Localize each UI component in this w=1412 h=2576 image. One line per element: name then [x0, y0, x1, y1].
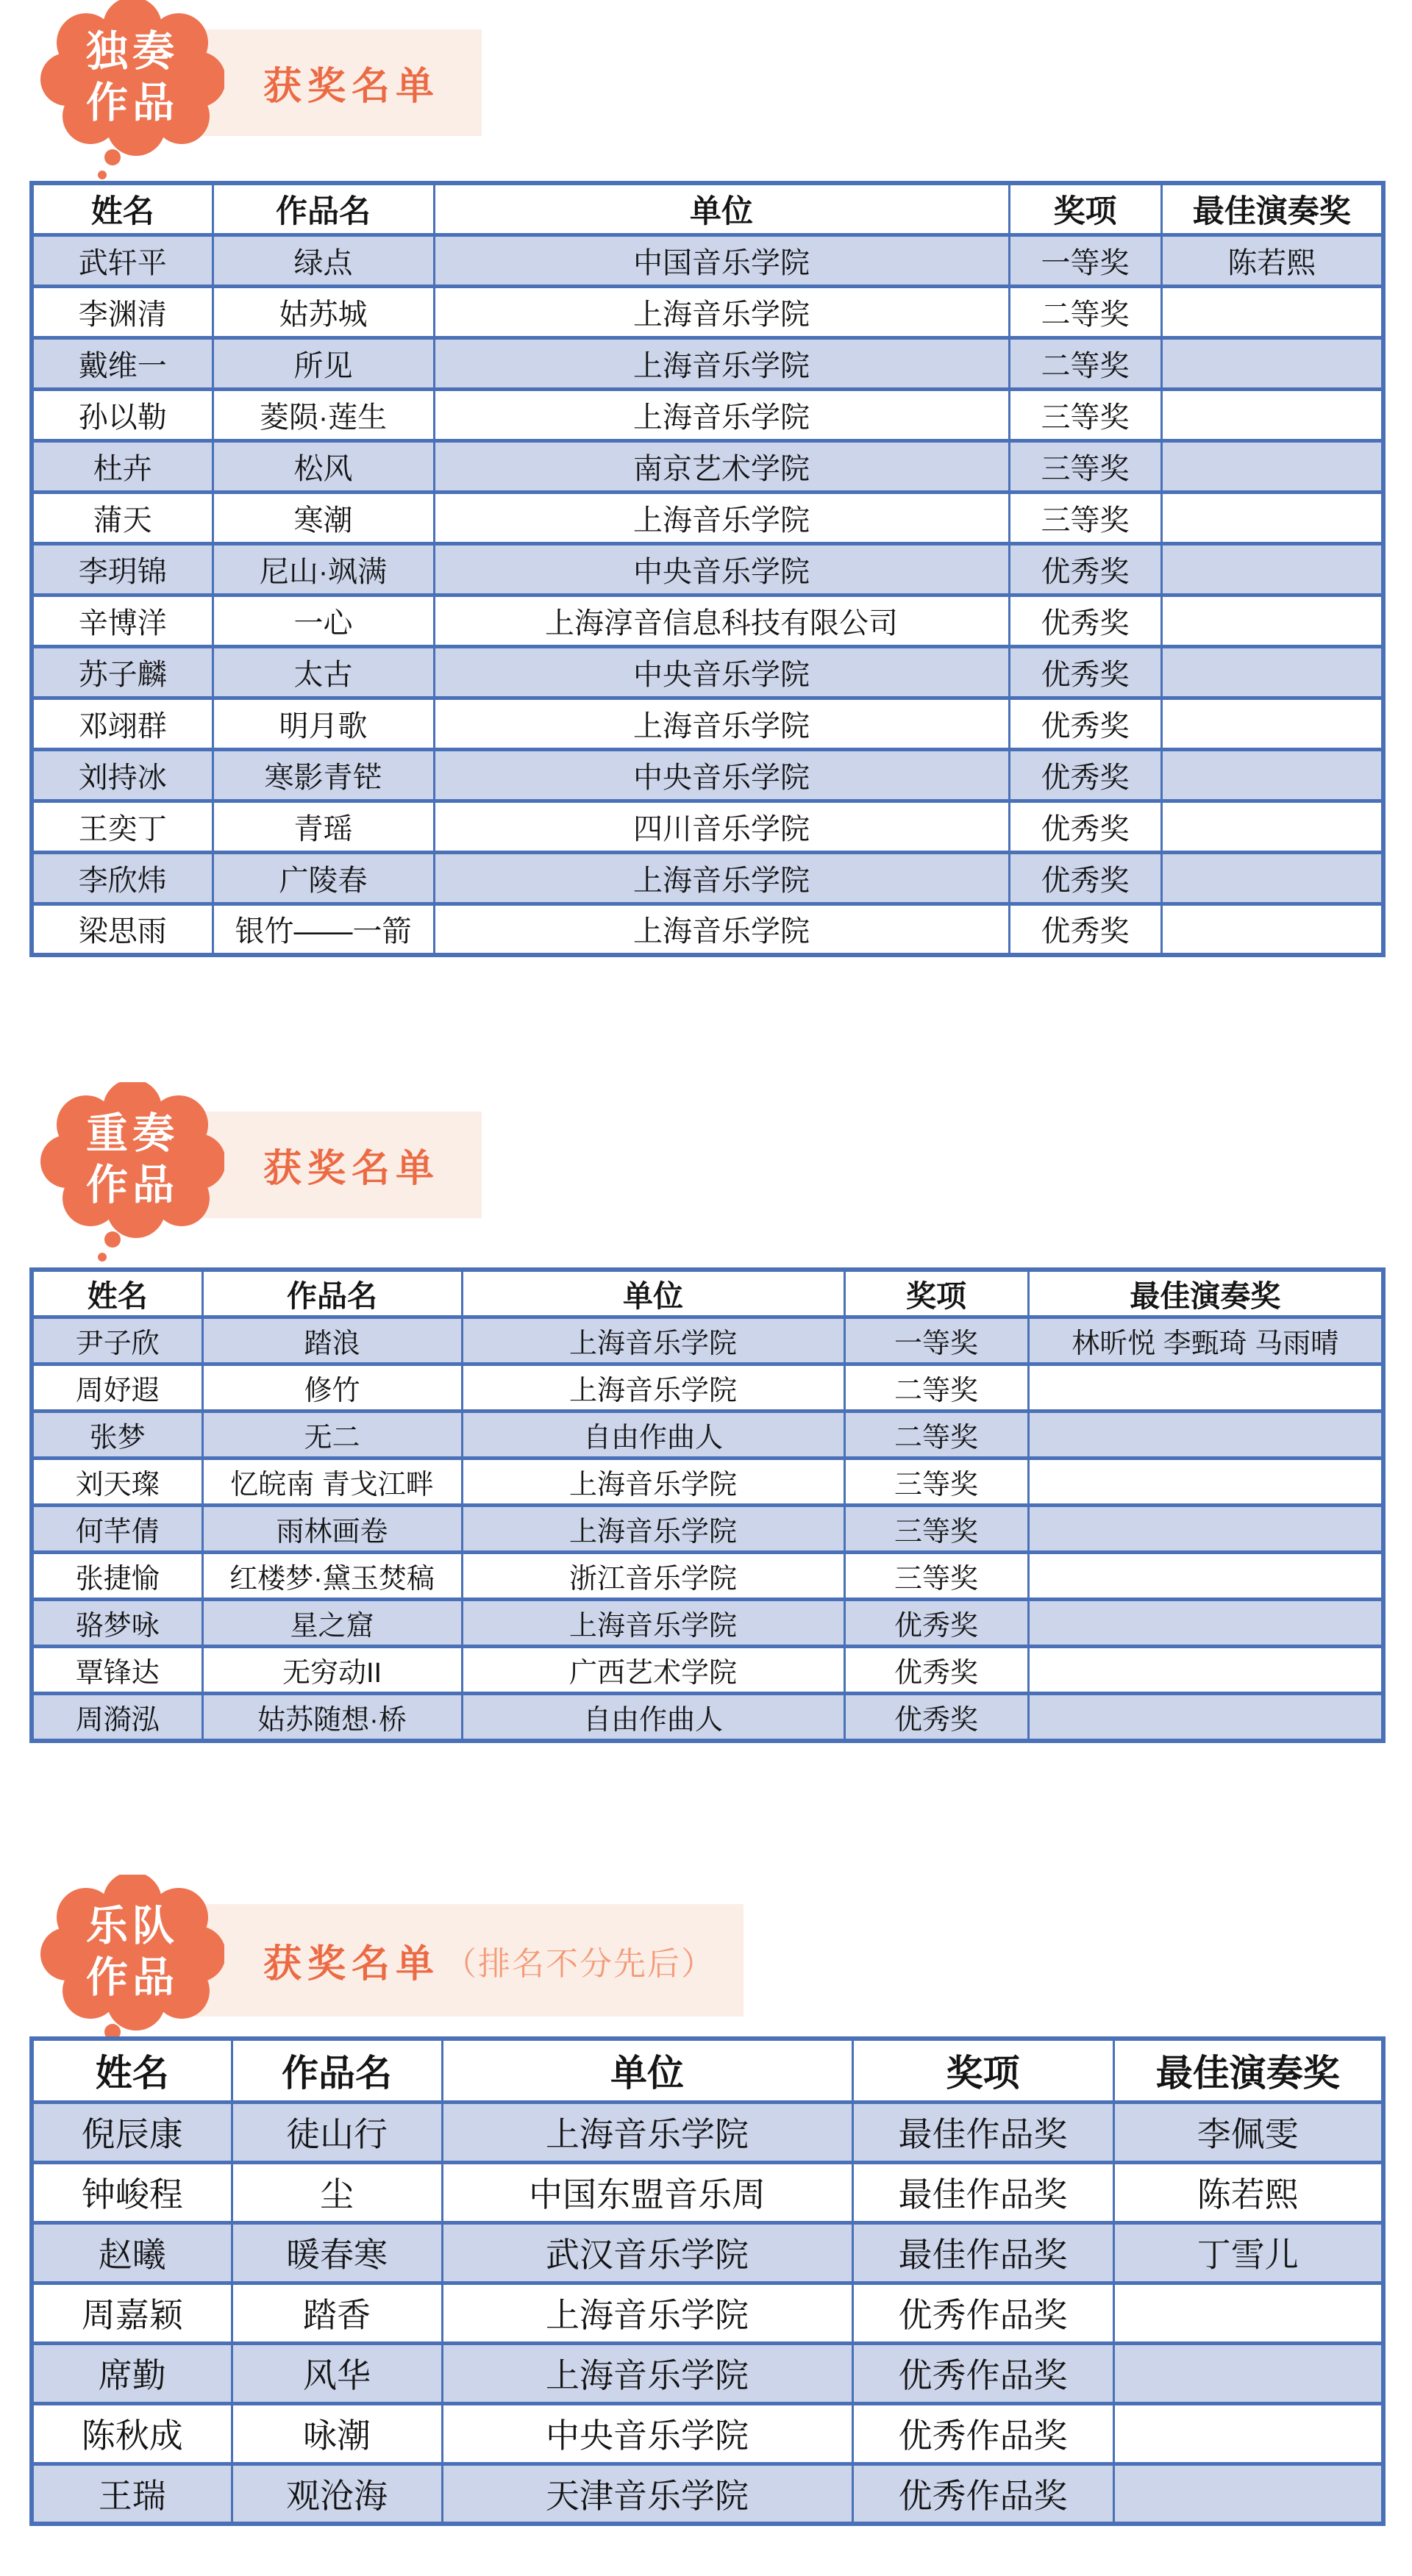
cell: 三等奖	[1009, 389, 1161, 440]
column-header: 姓名	[32, 1270, 202, 1317]
banner-ensemble: 获奖名单	[193, 1112, 482, 1218]
cell	[1161, 749, 1383, 801]
column-header: 最佳演奏奖	[1161, 183, 1383, 235]
table-row: 周漪泓姑苏随想·桥自由作曲人优秀奖	[32, 1694, 1383, 1741]
cell	[1113, 2403, 1383, 2464]
bubble-line2: 作品	[40, 1160, 224, 1212]
cell: 天津音乐学院	[442, 2464, 852, 2524]
cell: 王奕丁	[32, 801, 213, 852]
cell: 中央音乐学院	[434, 646, 1009, 698]
cell: 尹子欣	[32, 1317, 202, 1364]
cell: 无穷动II	[202, 1647, 462, 1694]
ensemble-awards-table: 姓名作品名单位奖项最佳演奏奖尹子欣踏浪上海音乐学院一等奖林昕悦 李甄琦 马雨晴周…	[29, 1267, 1386, 1743]
cell: 优秀奖	[1009, 749, 1161, 801]
cell: 四川音乐学院	[434, 801, 1009, 852]
cell: 银竹——一箭	[213, 904, 434, 955]
cell: 绿点	[213, 235, 434, 286]
cell: 三等奖	[1009, 492, 1161, 543]
cell: 周嘉颖	[32, 2283, 232, 2343]
bubble-label: 独奏 作品	[40, 26, 224, 129]
cell: 骆梦咏	[32, 1600, 202, 1647]
cell: 三等奖	[844, 1459, 1028, 1506]
cell: 上海音乐学院	[434, 852, 1009, 904]
cell	[1161, 904, 1383, 955]
cell: 一等奖	[1009, 235, 1161, 286]
table-row: 苏子麟太古中央音乐学院优秀奖	[32, 646, 1383, 698]
cell	[1028, 1506, 1383, 1553]
table-row: 赵曦暖春寒武汉音乐学院最佳作品奖丁雪儿	[32, 2222, 1383, 2283]
ensemble-bubble: 重奏 作品	[40, 1082, 224, 1266]
cell	[1161, 337, 1383, 389]
cell: 南京艺术学院	[434, 440, 1009, 492]
cell: 二等奖	[844, 1412, 1028, 1459]
cell	[1028, 1647, 1383, 1694]
cell: 徒山行	[232, 2102, 442, 2162]
section-header-solo: 获奖名单 独奏 作品	[0, 0, 1412, 184]
cell: 戴维一	[32, 337, 213, 389]
cell: 席勤	[32, 2343, 232, 2403]
cell: 咏潮	[232, 2403, 442, 2464]
cell: 钟峻程	[32, 2162, 232, 2222]
cell: 菱陨·莲生	[213, 389, 434, 440]
cell	[1161, 440, 1383, 492]
cell: 李欣炜	[32, 852, 213, 904]
cell: 上海音乐学院	[442, 2102, 852, 2162]
orchestra-awards-table: 姓名作品名单位奖项最佳演奏奖倪辰康徒山行上海音乐学院最佳作品奖李佩雯钟峻程尘中国…	[29, 2036, 1386, 2526]
cell: 青瑶	[213, 801, 434, 852]
cell: 踏浪	[202, 1317, 462, 1364]
cell: 二等奖	[1009, 337, 1161, 389]
banner-title: 获奖名单	[263, 1933, 440, 1988]
banner-title: 获奖名单	[263, 1137, 440, 1192]
cell: 优秀作品奖	[852, 2464, 1113, 2524]
table-row: 梁思雨银竹——一箭上海音乐学院优秀奖	[32, 904, 1383, 955]
cell: 陈若熙	[1113, 2162, 1383, 2222]
cell: 尘	[232, 2162, 442, 2222]
cell: 最佳作品奖	[852, 2162, 1113, 2222]
cell: 一心	[213, 595, 434, 646]
table-header-row: 姓名作品名单位奖项最佳演奏奖	[32, 1270, 1383, 1317]
cell: 雨林画卷	[202, 1506, 462, 1553]
cell: 梁思雨	[32, 904, 213, 955]
table-row: 张梦无二自由作曲人二等奖	[32, 1412, 1383, 1459]
cell: 星之窟	[202, 1600, 462, 1647]
cell: 浙江音乐学院	[462, 1553, 844, 1600]
table-row: 覃锋达无穷动II广西艺术学院优秀奖	[32, 1647, 1383, 1694]
table-row: 邓翊群明月歌上海音乐学院优秀奖	[32, 698, 1383, 749]
cell	[1161, 646, 1383, 698]
cell: 武轩平	[32, 235, 213, 286]
table-row: 武轩平绿点中国音乐学院一等奖陈若熙	[32, 235, 1383, 286]
cell: 杜卉	[32, 440, 213, 492]
cell: 张捷愉	[32, 1553, 202, 1600]
cell: 踏香	[232, 2283, 442, 2343]
cell	[1161, 852, 1383, 904]
column-header: 最佳演奏奖	[1113, 2039, 1383, 2102]
cell: 优秀奖	[1009, 904, 1161, 955]
cell: 优秀奖	[844, 1600, 1028, 1647]
table-row: 尹子欣踏浪上海音乐学院一等奖林昕悦 李甄琦 马雨晴	[32, 1317, 1383, 1364]
cell: 姑苏城	[213, 286, 434, 337]
cell	[1113, 2283, 1383, 2343]
column-header: 姓名	[32, 183, 213, 235]
table-row: 蒲天寒潮上海音乐学院三等奖	[32, 492, 1383, 543]
table-row: 骆梦咏星之窟上海音乐学院优秀奖	[32, 1600, 1383, 1647]
cell: 优秀作品奖	[852, 2283, 1113, 2343]
cell: 寒潮	[213, 492, 434, 543]
cell	[1028, 1459, 1383, 1506]
orchestra-bubble: 乐队 作品	[40, 1875, 224, 2058]
cell: 李渊清	[32, 286, 213, 337]
column-header: 奖项	[1009, 183, 1161, 235]
cell	[1161, 286, 1383, 337]
cell: 中央音乐学院	[434, 543, 1009, 595]
table-row: 杜卉松风南京艺术学院三等奖	[32, 440, 1383, 492]
cell: 忆皖南 青戈江畔	[202, 1459, 462, 1506]
cell	[1028, 1600, 1383, 1647]
table-row: 倪辰康徒山行上海音乐学院最佳作品奖李佩雯	[32, 2102, 1383, 2162]
cell: 上海音乐学院	[462, 1364, 844, 1412]
cell: 修竹	[202, 1364, 462, 1412]
cell: 上海音乐学院	[462, 1600, 844, 1647]
table-row: 周妤遐修竹上海音乐学院二等奖	[32, 1364, 1383, 1412]
cell: 风华	[232, 2343, 442, 2403]
cell: 三等奖	[844, 1506, 1028, 1553]
cell: 覃锋达	[32, 1647, 202, 1694]
column-header: 单位	[442, 2039, 852, 2102]
column-header: 单位	[462, 1270, 844, 1317]
cell: 王瑞	[32, 2464, 232, 2524]
banner-solo: 获奖名单	[193, 29, 482, 136]
cell: 陈若熙	[1161, 235, 1383, 286]
cell	[1161, 389, 1383, 440]
cell: 刘天璨	[32, 1459, 202, 1506]
cell	[1161, 801, 1383, 852]
cell: 李佩雯	[1113, 2102, 1383, 2162]
column-header: 奖项	[844, 1270, 1028, 1317]
table-row: 周嘉颖踏香上海音乐学院优秀作品奖	[32, 2283, 1383, 2343]
cell: 三等奖	[1009, 440, 1161, 492]
cell: 上海音乐学院	[462, 1317, 844, 1364]
cell: 优秀奖	[1009, 543, 1161, 595]
bubble-line1: 重奏	[40, 1109, 224, 1160]
cell: 中国东盟音乐周	[442, 2162, 852, 2222]
cell: 上海音乐学院	[434, 698, 1009, 749]
cell: 暖春寒	[232, 2222, 442, 2283]
cell: 广西艺术学院	[462, 1647, 844, 1694]
solo-bubble: 独奏 作品	[40, 0, 224, 184]
bubble-label: 重奏 作品	[40, 1109, 224, 1211]
banner-note: （排名不分先后）	[444, 1937, 715, 1984]
section-header-orchestra: 获奖名单 （排名不分先后） 乐队 作品	[0, 1875, 1412, 2058]
cell: 自由作曲人	[462, 1412, 844, 1459]
cell: 优秀奖	[844, 1694, 1028, 1741]
table-row: 钟峻程尘中国东盟音乐周最佳作品奖陈若熙	[32, 2162, 1383, 2222]
table-header-row: 姓名作品名单位奖项最佳演奏奖	[32, 183, 1383, 235]
cell: 上海音乐学院	[434, 389, 1009, 440]
cell: 上海音乐学院	[434, 492, 1009, 543]
cell: 林昕悦 李甄琦 马雨晴	[1028, 1317, 1383, 1364]
column-header: 单位	[434, 183, 1009, 235]
table-row: 陈秋成咏潮中央音乐学院优秀作品奖	[32, 2403, 1383, 2464]
cell	[1028, 1694, 1383, 1741]
cell	[1161, 595, 1383, 646]
cell	[1161, 543, 1383, 595]
cell: 周漪泓	[32, 1694, 202, 1741]
cell: 邓翊群	[32, 698, 213, 749]
cell: 周妤遐	[32, 1364, 202, 1412]
cell: 姑苏随想·桥	[202, 1694, 462, 1741]
column-header: 作品名	[213, 183, 434, 235]
cell	[1028, 1412, 1383, 1459]
cell: 明月歌	[213, 698, 434, 749]
banner-title: 获奖名单	[263, 55, 440, 110]
cell: 广陵春	[213, 852, 434, 904]
table-row: 李渊清姑苏城上海音乐学院二等奖	[32, 286, 1383, 337]
cell	[1028, 1553, 1383, 1600]
page: 获奖名单 独奏 作品	[0, 0, 1412, 2576]
cell: 观沧海	[232, 2464, 442, 2524]
cell	[1113, 2343, 1383, 2403]
column-header: 奖项	[852, 2039, 1113, 2102]
cell: 刘持冰	[32, 749, 213, 801]
cell: 辛博洋	[32, 595, 213, 646]
cell: 优秀奖	[1009, 595, 1161, 646]
table-row: 李玥锦尼山·飒满中央音乐学院优秀奖	[32, 543, 1383, 595]
cell: 孙以勒	[32, 389, 213, 440]
cell: 上海音乐学院	[434, 337, 1009, 389]
cell: 二等奖	[1009, 286, 1161, 337]
cell: 无二	[202, 1412, 462, 1459]
cell: 红楼梦·黛玉焚稿	[202, 1553, 462, 1600]
banner-orchestra: 获奖名单 （排名不分先后）	[193, 1904, 744, 2017]
table-row: 何芊倩雨林画卷上海音乐学院三等奖	[32, 1506, 1383, 1553]
cell: 太古	[213, 646, 434, 698]
cell: 自由作曲人	[462, 1694, 844, 1741]
solo-awards-table: 姓名作品名单位奖项最佳演奏奖武轩平绿点中国音乐学院一等奖陈若熙李渊清姑苏城上海音…	[29, 181, 1386, 957]
bubble-line1: 乐队	[40, 1901, 224, 1953]
table-row: 刘持冰寒影青铓中央音乐学院优秀奖	[32, 749, 1383, 801]
table-row: 王瑞观沧海天津音乐学院优秀作品奖	[32, 2464, 1383, 2524]
table-row: 王奕丁青瑶四川音乐学院优秀奖	[32, 801, 1383, 852]
cell: 优秀奖	[1009, 801, 1161, 852]
cell: 优秀作品奖	[852, 2403, 1113, 2464]
cell: 上海音乐学院	[442, 2283, 852, 2343]
table-row: 刘天璨忆皖南 青戈江畔上海音乐学院三等奖	[32, 1459, 1383, 1506]
cell	[1161, 492, 1383, 543]
cell: 一等奖	[844, 1317, 1028, 1364]
cell: 松风	[213, 440, 434, 492]
cell: 尼山·飒满	[213, 543, 434, 595]
cell: 武汉音乐学院	[442, 2222, 852, 2283]
cell: 苏子麟	[32, 646, 213, 698]
cell: 上海音乐学院	[434, 286, 1009, 337]
cell: 优秀奖	[1009, 698, 1161, 749]
cell: 倪辰康	[32, 2102, 232, 2162]
cell: 三等奖	[844, 1553, 1028, 1600]
cell: 上海音乐学院	[434, 904, 1009, 955]
cell: 优秀奖	[1009, 646, 1161, 698]
cell	[1028, 1364, 1383, 1412]
table-row: 戴维一所见上海音乐学院二等奖	[32, 337, 1383, 389]
cell: 李玥锦	[32, 543, 213, 595]
bubble-line2: 作品	[40, 78, 224, 129]
cell: 优秀奖	[1009, 852, 1161, 904]
cell: 张梦	[32, 1412, 202, 1459]
cell: 中国音乐学院	[434, 235, 1009, 286]
cell: 何芊倩	[32, 1506, 202, 1553]
cell: 上海淳音信息科技有限公司	[434, 595, 1009, 646]
table-row: 张捷愉红楼梦·黛玉焚稿浙江音乐学院三等奖	[32, 1553, 1383, 1600]
table-header-row: 姓名作品名单位奖项最佳演奏奖	[32, 2039, 1383, 2102]
cell: 上海音乐学院	[462, 1506, 844, 1553]
cell: 中央音乐学院	[434, 749, 1009, 801]
cell: 上海音乐学院	[442, 2343, 852, 2403]
cell: 赵曦	[32, 2222, 232, 2283]
cell: 中央音乐学院	[442, 2403, 852, 2464]
column-header: 姓名	[32, 2039, 232, 2102]
table-row: 辛博洋一心上海淳音信息科技有限公司优秀奖	[32, 595, 1383, 646]
bubble-label: 乐队 作品	[40, 1901, 224, 2003]
table-row: 席勤风华上海音乐学院优秀作品奖	[32, 2343, 1383, 2403]
table-row: 李欣炜广陵春上海音乐学院优秀奖	[32, 852, 1383, 904]
section-header-ensemble: 获奖名单 重奏 作品	[0, 1082, 1412, 1266]
cell: 所见	[213, 337, 434, 389]
bubble-line2: 作品	[40, 1953, 224, 2004]
cell: 优秀奖	[844, 1647, 1028, 1694]
bubble-line1: 独奏	[40, 26, 224, 78]
cell: 陈秋成	[32, 2403, 232, 2464]
cell: 蒲天	[32, 492, 213, 543]
cell: 丁雪儿	[1113, 2222, 1383, 2283]
cell: 最佳作品奖	[852, 2222, 1113, 2283]
column-header: 作品名	[232, 2039, 442, 2102]
column-header: 最佳演奏奖	[1028, 1270, 1383, 1317]
table-row: 孙以勒菱陨·莲生上海音乐学院三等奖	[32, 389, 1383, 440]
cell	[1113, 2464, 1383, 2524]
cell: 上海音乐学院	[462, 1459, 844, 1506]
cell	[1161, 698, 1383, 749]
cell: 最佳作品奖	[852, 2102, 1113, 2162]
cell: 二等奖	[844, 1364, 1028, 1412]
column-header: 作品名	[202, 1270, 462, 1317]
cell: 寒影青铓	[213, 749, 434, 801]
cell: 优秀作品奖	[852, 2343, 1113, 2403]
